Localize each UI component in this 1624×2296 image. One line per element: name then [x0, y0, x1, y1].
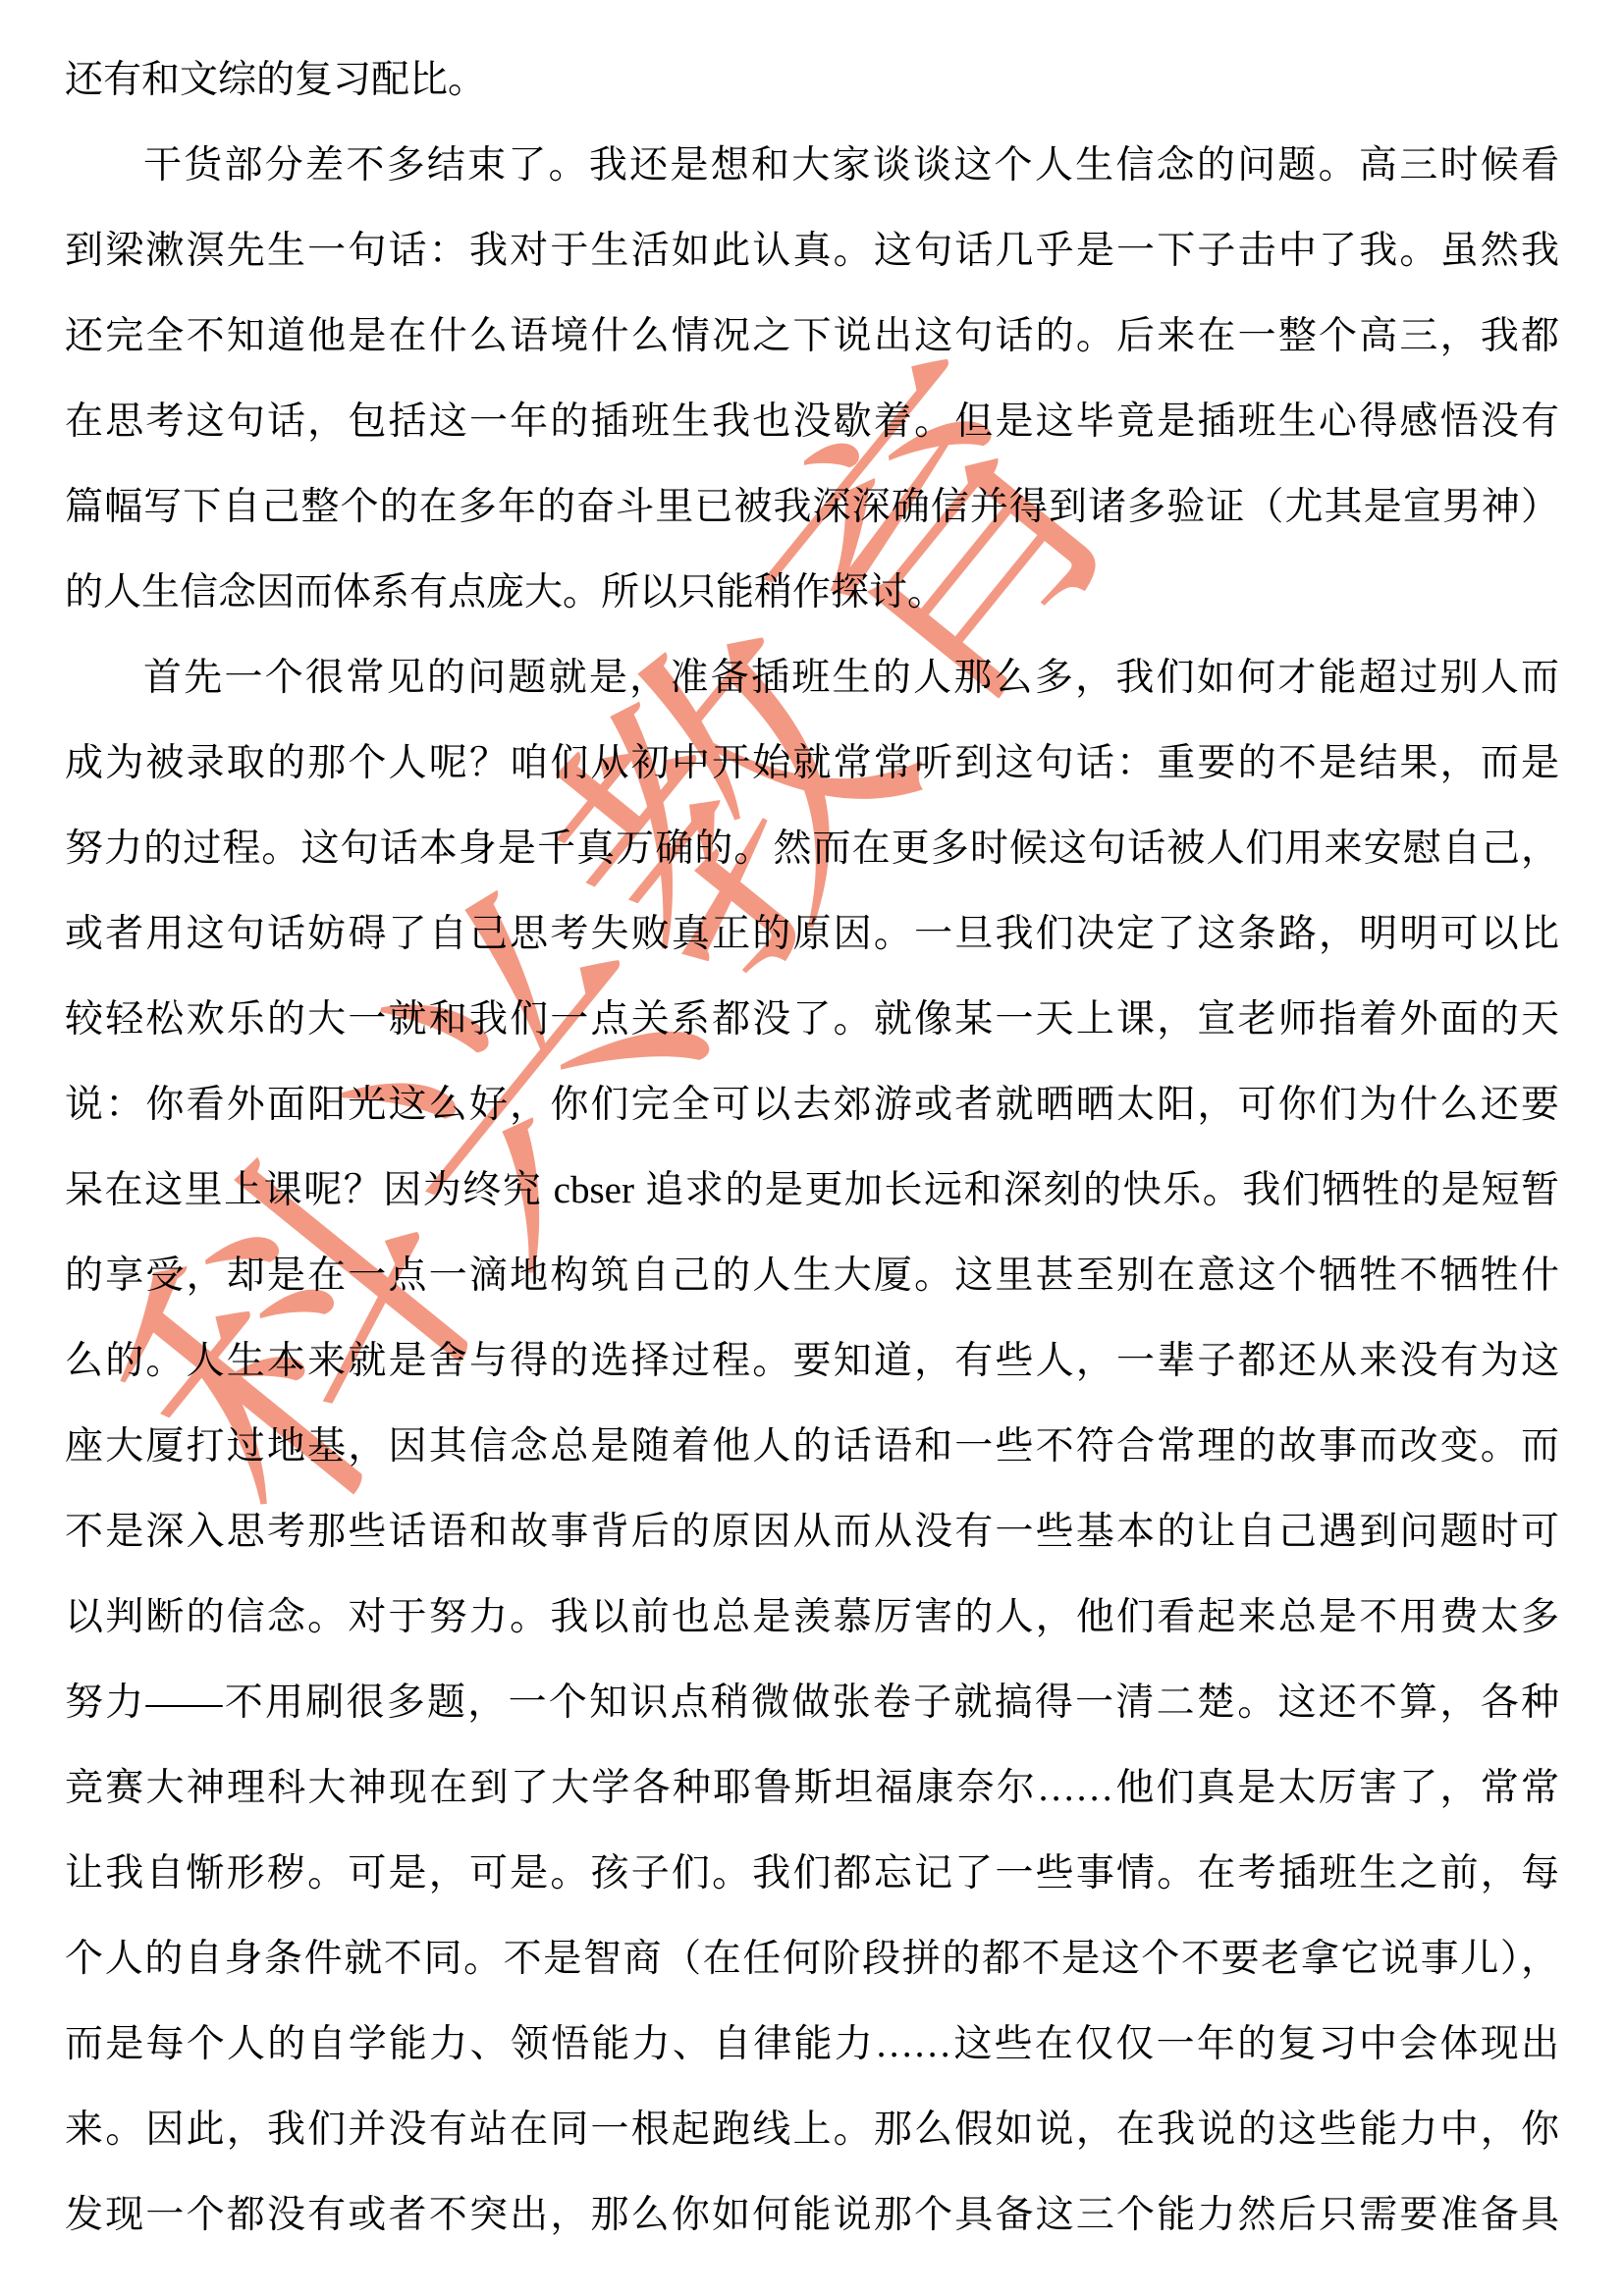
- text-line: 座大厦打过地基，因其信念总是随着他人的话语和一些不符合常理的故事而改变。而: [65, 1404, 1559, 1489]
- text-line: 不是深入思考那些话语和故事背后的原因从而从没有一些基本的让自己遇到问题时可: [65, 1489, 1559, 1575]
- text-line: 努力的过程。这句话本身是千真万确的。然而在更多时候这句话被人们用来安慰自己，: [65, 806, 1559, 891]
- text-line: 么的。人生本来就是舍与得的选择过程。要知道，有些人，一辈子都还从来没有为这: [65, 1318, 1559, 1404]
- text-line: 发现一个都没有或者不突出，那么你如何能说那个具备这三个能力然后只需要准备具: [65, 2172, 1559, 2258]
- text-line: 呆在这里上课呢？因为终究 cbser 追求的是更加长远和深刻的快乐。我们牺牲的是…: [65, 1148, 1559, 1233]
- text-line: 竞赛大神理科大神现在到了大学各种耶鲁斯坦福康奈尔……他们真是太厉害了，常常: [65, 1745, 1559, 1831]
- text-line: 努力——不用刷很多题，一个知识点稍微做张卷子就搞得一清二楚。这还不算，各种: [65, 1660, 1559, 1745]
- text-line: 成为被录取的那个人呢？咱们从初中开始就常常听到这句话：重要的不是结果，而是: [65, 721, 1559, 806]
- document-body: 还有和文综的复习配比。干货部分差不多结束了。我还是想和大家谈谈这个人生信念的问题…: [65, 37, 1559, 2258]
- text-line: 以判断的信念。对于努力。我以前也总是羡慕厉害的人，他们看起来总是不用费太多: [65, 1575, 1559, 1660]
- text-line: 的享受，却是在一点一滴地构筑自己的人生大厦。这里甚至别在意这个牺牲不牺牲什: [65, 1233, 1559, 1318]
- text-line: 篇幅写下自己整个的在多年的奋斗里已被我深深确信并得到诸多验证（尤其是宣男神）: [65, 464, 1559, 550]
- text-line: 来。因此，我们并没有站在同一根起跑线上。那么假如说，在我说的这些能力中，你: [65, 2087, 1559, 2172]
- text-line: 在思考这句话，包括这一年的插班生我也没歇着。但是这毕竟是插班生心得感悟没有: [65, 379, 1559, 464]
- text-line: 较轻松欢乐的大一就和我们一点关系都没了。就像某一天上课，宣老师指着外面的天: [65, 977, 1559, 1062]
- document-page: 科兴教育 还有和文综的复习配比。干货部分差不多结束了。我还是想和大家谈谈这个人生…: [0, 0, 1624, 2296]
- text-line: 的人生信念因而体系有点庞大。所以只能稍作探讨。: [65, 550, 1559, 635]
- text-line: 到梁漱溟先生一句话：我对于生活如此认真。这句话几乎是一下子击中了我。虽然我: [65, 208, 1559, 294]
- text-line: 说：你看外面阳光这么好，你们完全可以去郊游或者就晒晒太阳，可你们为什么还要: [65, 1062, 1559, 1148]
- text-line: 或者用这句话妨碍了自己思考失败真正的原因。一旦我们决定了这条路，明明可以比: [65, 891, 1559, 977]
- text-line: 还有和文综的复习配比。: [65, 37, 1559, 123]
- text-line: 让我自惭形秽。可是，可是。孩子们。我们都忘记了一些事情。在考插班生之前，每: [65, 1831, 1559, 1916]
- text-line: 干货部分差不多结束了。我还是想和大家谈谈这个人生信念的问题。高三时候看: [65, 123, 1559, 208]
- text-line: 而是每个人的自学能力、领悟能力、自律能力……这些在仅仅一年的复习中会体现出: [65, 2002, 1559, 2087]
- text-line: 个人的自身条件就不同。不是智商（在任何阶段拼的都不是这个不要老拿它说事儿），: [65, 1916, 1559, 2002]
- text-line: 还完全不知道他是在什么语境什么情况之下说出这句话的。后来在一整个高三，我都: [65, 294, 1559, 379]
- text-line: 首先一个很常见的问题就是，准备插班生的人那么多，我们如何才能超过别人而: [65, 635, 1559, 721]
